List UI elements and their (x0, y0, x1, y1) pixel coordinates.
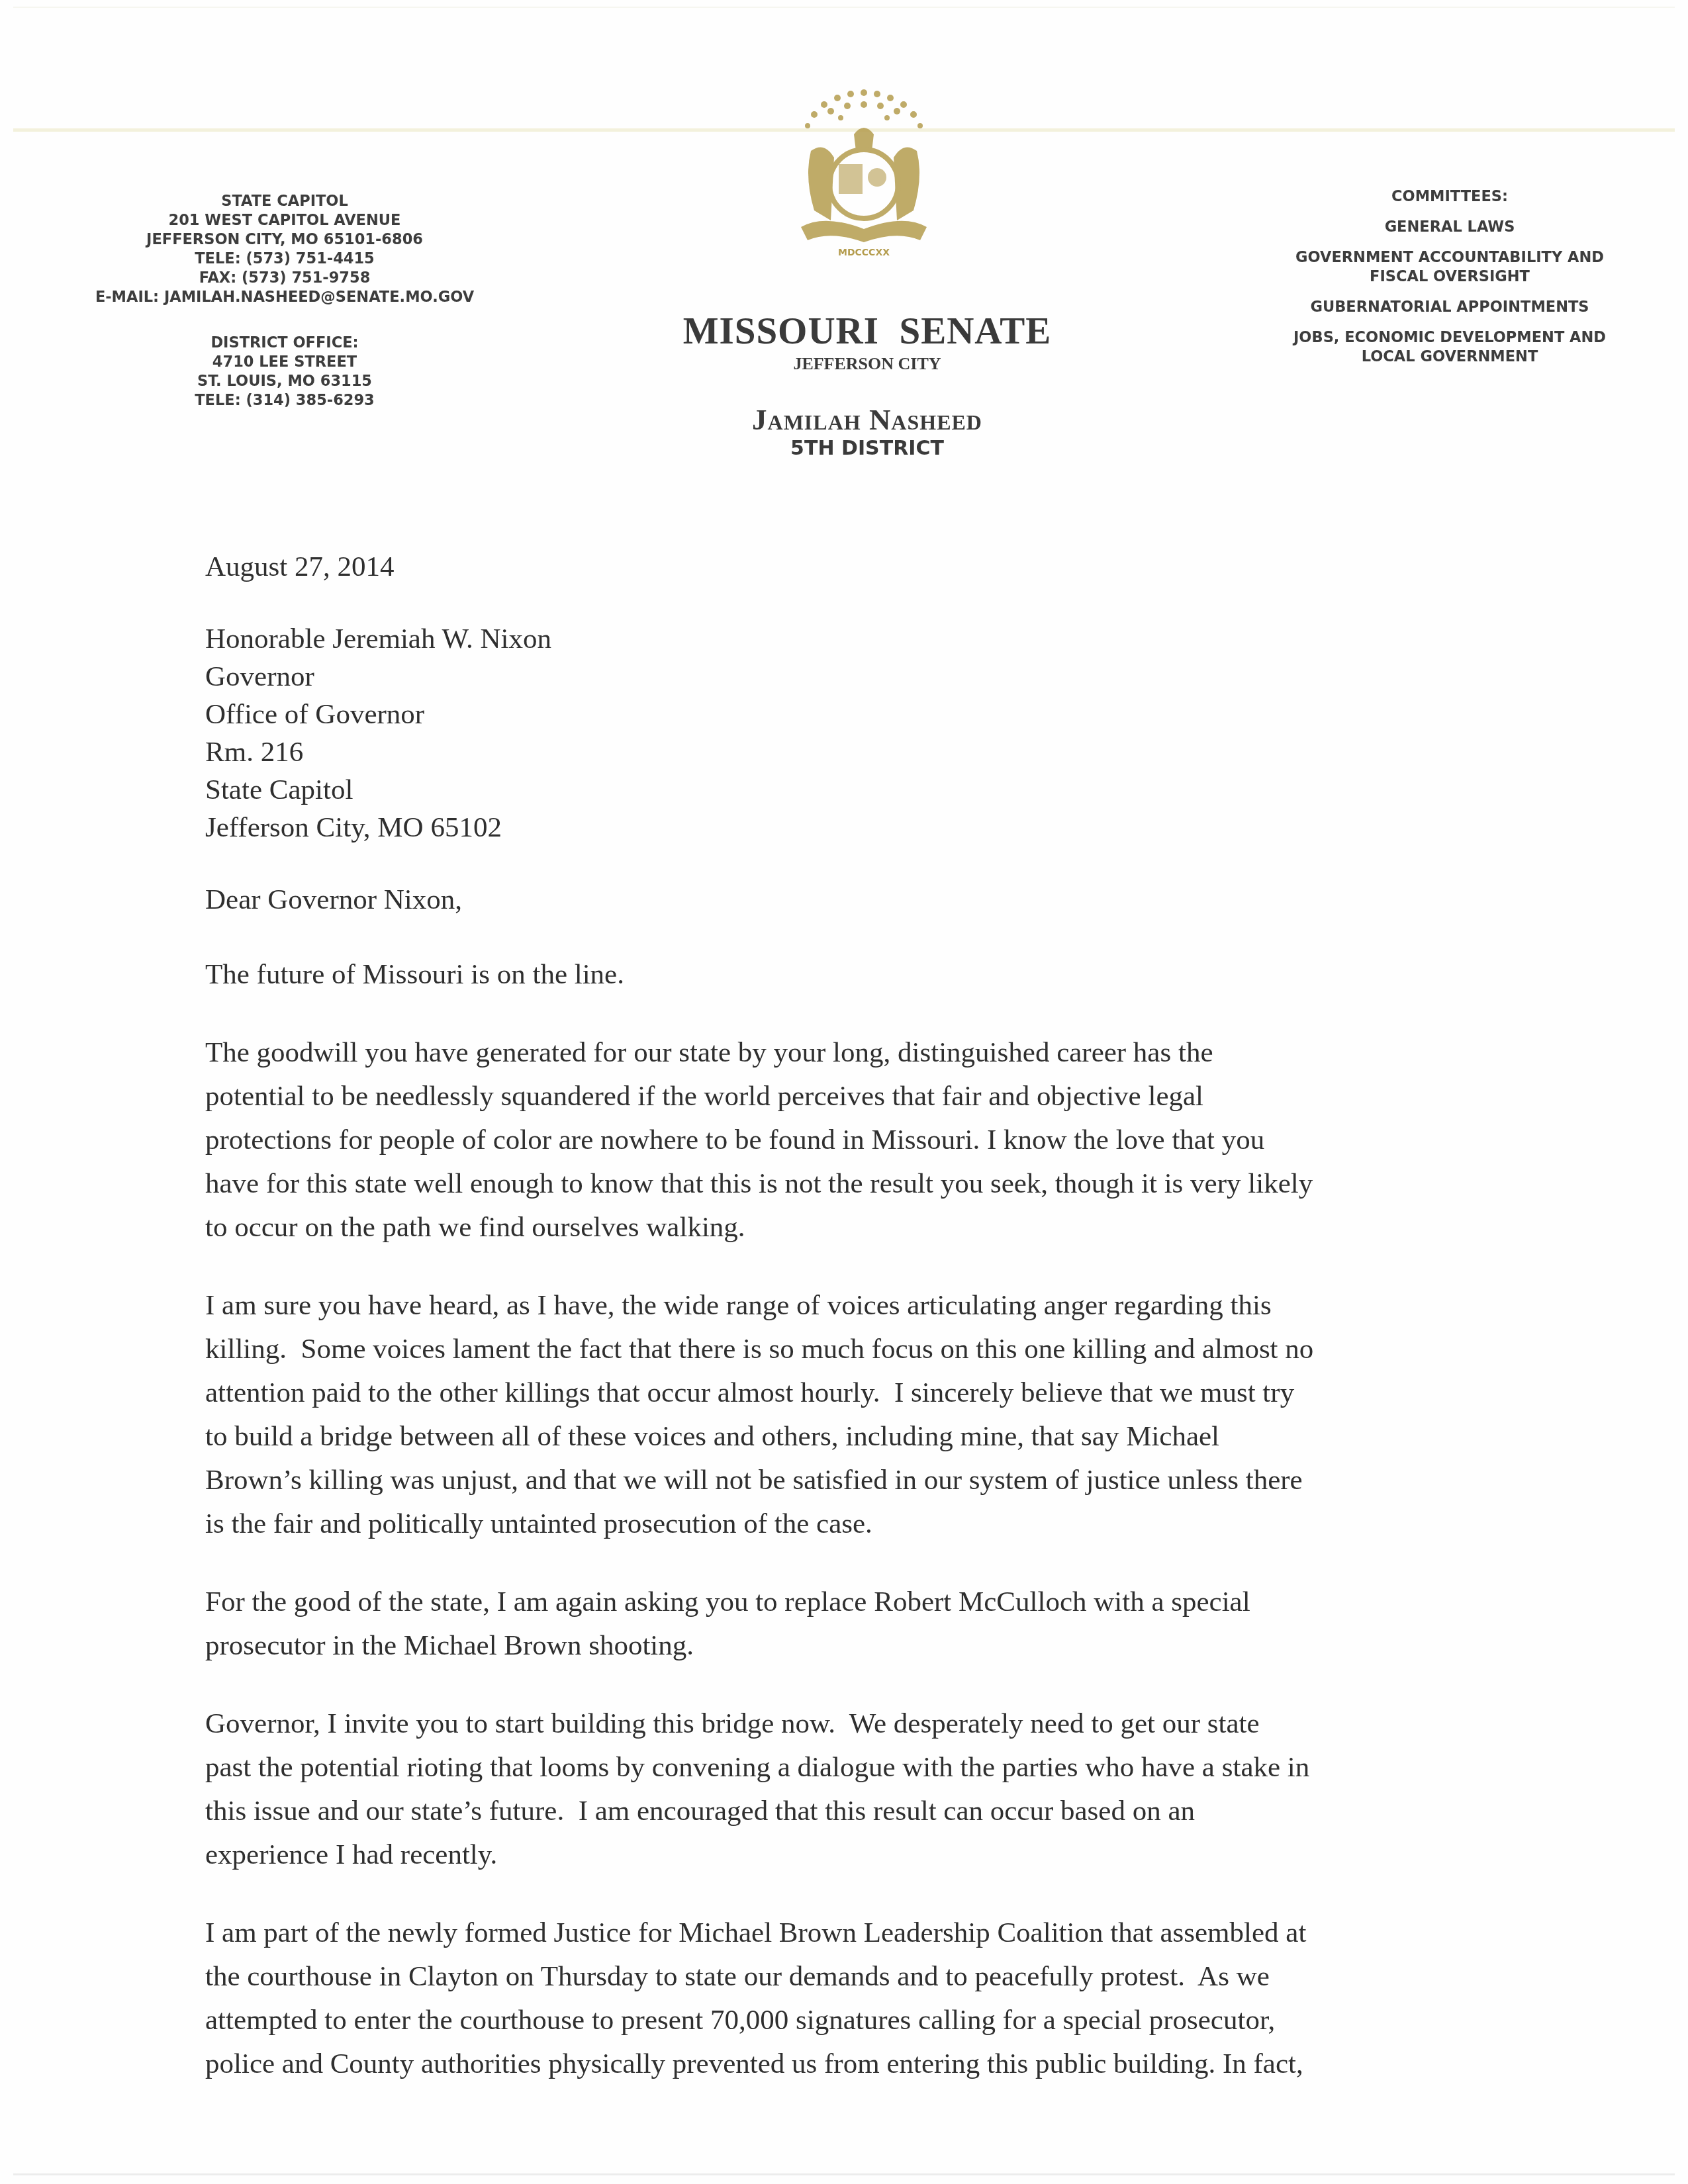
recipient-line: Rm. 216 (205, 733, 1516, 771)
contact-block: STATE CAPITOL 201 WEST CAPITOL AVENUE JE… (66, 192, 503, 410)
paragraph: For the good of the state, I am again as… (205, 1580, 1516, 1668)
letter-body: August 27, 2014 Honorable Jeremiah W. Ni… (205, 548, 1516, 2120)
paragraph: I am part of the newly formed Justice fo… (205, 1911, 1516, 2086)
paragraph: The future of Missouri is on the line. (205, 953, 1516, 997)
district-office-address: DISTRICT OFFICE: 4710 LEE STREET ST. LOU… (66, 334, 503, 410)
paragraph-line: killing. Some voices lament the fact tha… (205, 1328, 1516, 1371)
scan-edge-line (13, 7, 1675, 8)
paragraph-line: protections for people of color are nowh… (205, 1118, 1516, 1162)
committee-line: GENERAL LAWS (1258, 218, 1642, 237)
capitol-fax: FAX: (573) 751-9758 (66, 269, 503, 288)
scan-edge-line (13, 2173, 1675, 2175)
paragraph-line: potential to be needlessly squandered if… (205, 1075, 1516, 1118)
committee-item: GOVERNMENT ACCOUNTABILITY AND FISCAL OVE… (1258, 248, 1642, 287)
paragraph-line: prosecutor in the Michael Brown shooting… (205, 1624, 1516, 1668)
paragraph-line: past the potential rioting that looms by… (205, 1746, 1516, 1790)
organization-subtitle: JEFFERSON CITY (635, 352, 1099, 376)
committee-line: LOCAL GOVERNMENT (1258, 347, 1642, 367)
committees-heading: COMMITTEES: (1258, 187, 1642, 206)
committee-line: FISCAL OVERSIGHT (1258, 267, 1642, 287)
recipient-line: Honorable Jeremiah W. Nixon (205, 620, 1516, 658)
paragraph-line: attention paid to the other killings tha… (205, 1371, 1516, 1415)
paragraph-line: Governor, I invite you to start building… (205, 1702, 1516, 1746)
paragraph-line: this issue and our state’s future. I am … (205, 1790, 1516, 1833)
paragraph-line: The future of Missouri is on the line. (205, 953, 1516, 997)
recipient-line: State Capitol (205, 771, 1516, 809)
recipient-line: Governor (205, 658, 1516, 696)
senator-first-name: Jamilah (752, 403, 861, 436)
letter-date: August 27, 2014 (205, 548, 1516, 586)
salutation: Dear Governor Nixon, (205, 881, 1516, 919)
svg-text:MDCCCXX: MDCCCXX (838, 248, 890, 258)
paragraph-line: For the good of the state, I am again as… (205, 1580, 1516, 1624)
paragraph-line: attempted to enter the courthouse to pre… (205, 1999, 1516, 2042)
paragraph-line: Brown’s killing was unjust, and that we … (205, 1459, 1516, 1502)
senator-name: Jamilah Nasheed (635, 402, 1099, 437)
paragraph-line: have for this state well enough to know … (205, 1162, 1516, 1206)
paragraph-line: experience I had recently. (205, 1833, 1516, 1877)
committee-line: GUBERNATORIAL APPOINTMENTS (1258, 298, 1642, 317)
paragraph: The goodwill you have generated for our … (205, 1031, 1516, 1250)
capitol-line: 201 WEST CAPITOL AVENUE (66, 211, 503, 230)
paragraph-line: police and County authorities physically… (205, 2042, 1516, 2086)
paragraph-line: the courthouse in Clayton on Thursday to… (205, 1955, 1516, 1999)
committee-item: GUBERNATORIAL APPOINTMENTS (1258, 298, 1642, 317)
committees-block: COMMITTEES: GENERAL LAWS GOVERNMENT ACCO… (1258, 187, 1642, 367)
senator-last-name: Nasheed (869, 403, 982, 436)
district-office-line: ST. LOUIS, MO 63115 (66, 372, 503, 391)
paragraph: I am sure you have heard, as I have, the… (205, 1284, 1516, 1546)
capitol-email: E-MAIL: JAMILAH.NASHEED@SENATE.MO.GOV (66, 288, 503, 307)
paragraph-line: I am sure you have heard, as I have, the… (205, 1284, 1516, 1328)
committee-item: JOBS, ECONOMIC DEVELOPMENT AND LOCAL GOV… (1258, 328, 1642, 367)
paragraph-line: to occur on the path we find ourselves w… (205, 1206, 1516, 1250)
recipient-line: Jefferson City, MO 65102 (205, 809, 1516, 846)
paragraph-line: to build a bridge between all of these v… (205, 1415, 1516, 1459)
organization-title: MISSOURI SENATE (635, 311, 1099, 352)
paragraph-line: The goodwill you have generated for our … (205, 1031, 1516, 1075)
paragraph-line: is the fair and politically untainted pr… (205, 1502, 1516, 1546)
recipient-address: Honorable Jeremiah W. Nixon Governor Off… (205, 620, 1516, 846)
capitol-line: JEFFERSON CITY, MO 65101-6806 (66, 230, 503, 250)
district-office-line: 4710 LEE STREET (66, 353, 503, 372)
committee-line: GOVERNMENT ACCOUNTABILITY AND (1258, 248, 1642, 267)
missouri-seal-icon: MDCCCXX (784, 78, 943, 263)
paragraph: Governor, I invite you to start building… (205, 1702, 1516, 1877)
letter-page: STATE CAPITOL 201 WEST CAPITOL AVENUE JE… (0, 0, 1688, 2184)
capitol-phone: TELE: (573) 751-4415 (66, 250, 503, 269)
recipient-line: Office of Governor (205, 696, 1516, 733)
capitol-line: STATE CAPITOL (66, 192, 503, 211)
district-office-phone: TELE: (314) 385-6293 (66, 391, 503, 410)
committee-item: GENERAL LAWS (1258, 218, 1642, 237)
capitol-address: STATE CAPITOL 201 WEST CAPITOL AVENUE JE… (66, 192, 503, 307)
senate-title-block: MISSOURI SENATE JEFFERSON CITY Jamilah N… (635, 311, 1099, 461)
senate-district: 5TH DISTRICT (635, 437, 1099, 461)
paragraph-line: I am part of the newly formed Justice fo… (205, 1911, 1516, 1955)
district-office-heading: DISTRICT OFFICE: (66, 334, 503, 353)
committee-line: JOBS, ECONOMIC DEVELOPMENT AND (1258, 328, 1642, 347)
